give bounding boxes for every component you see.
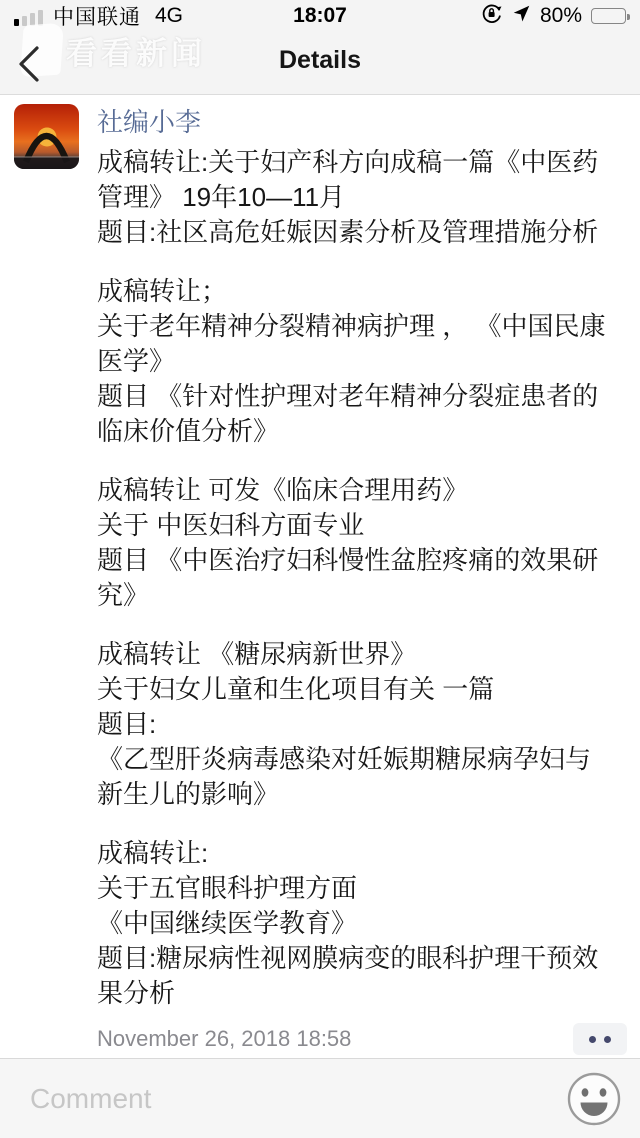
post-column: 社编小李 成稿转让:关于妇产科方向成稿一篇《中医药管理》 19年10—11月题目…: [97, 106, 627, 1055]
post-timestamp: November 26, 2018 18:58: [97, 1026, 351, 1052]
chevron-left-icon: [16, 71, 42, 88]
page-title: Details: [0, 46, 640, 75]
battery-icon: [591, 8, 626, 24]
top-chrome: 中国联通 4G 18:07 80%: [0, 0, 640, 95]
post-body-line: 题目:糖尿病性视网膜病变的眼科护理干预效: [97, 941, 627, 976]
post-body-line: 成稿转让:关于妇产科方向成稿一篇《中医药: [97, 145, 627, 180]
more-actions-button[interactable]: [573, 1023, 627, 1055]
post-body-line: 果分析: [97, 976, 627, 1011]
post-body-line: 管理》 19年10—11月: [97, 180, 627, 215]
post-body-line: 究》: [97, 578, 627, 613]
post-body-line: 《中国继续医学教育》: [97, 906, 627, 941]
emoji-smiley-icon[interactable]: [566, 1071, 622, 1127]
post-body-line: 题目 《针对性护理对老年精神分裂症患者的: [97, 379, 627, 414]
more-dot-icon: [589, 1036, 596, 1043]
post-meta-row: November 26, 2018 18:58: [97, 1023, 627, 1055]
status-time: 18:07: [0, 4, 640, 28]
post-body-line: 关于妇女儿童和生化项目有关 一篇: [97, 672, 627, 707]
more-dot-icon: [604, 1036, 611, 1043]
author-name[interactable]: 社编小李: [97, 106, 627, 138]
post-detail-content: 社编小李 成稿转让:关于妇产科方向成稿一篇《中医药管理》 19年10—11月题目…: [0, 96, 640, 1058]
status-bar: 中国联通 4G 18:07 80%: [0, 0, 640, 32]
post-body-line: 新生儿的影响》: [97, 777, 627, 812]
post-body-line: 《乙型肝炎病毒感染对妊娠期糖尿病孕妇与: [97, 742, 627, 777]
post-body-line: 题目 《中医治疗妇科慢性盆腔疼痛的效果研: [97, 543, 627, 578]
post-body-line: 成稿转让 《糖尿病新世界》: [97, 637, 627, 672]
nav-bar: Details: [0, 32, 640, 94]
post-body-line: 关于老年精神分裂精神病护理 ， 《中国民康: [97, 309, 627, 344]
post-body-line: 关于 中医妇科方面专业: [97, 508, 627, 543]
back-button[interactable]: [16, 44, 52, 84]
moments-detail-screen: 中国联通 4G 18:07 80%: [0, 0, 640, 1138]
post-body-gap: [97, 613, 627, 637]
post-body-line: 成稿转让:: [97, 836, 627, 871]
post-body-gap: [97, 250, 627, 274]
post-body-line: 成稿转让；: [97, 274, 627, 309]
post-body-line: 临床价值分析》: [97, 414, 627, 449]
avatar[interactable]: [14, 104, 79, 169]
post-body-line: 成稿转让 可发《临床合理用药》: [97, 473, 627, 508]
post-body: 成稿转让:关于妇产科方向成稿一篇《中医药管理》 19年10—11月题目:社区高危…: [97, 145, 627, 1011]
post-body-gap: [97, 449, 627, 473]
comment-bar: [0, 1058, 640, 1138]
post-body-line: 题目:社区高危妊娠因素分析及管理措施分析: [97, 215, 627, 250]
comment-input[interactable]: [30, 1083, 566, 1115]
post-body-line: 关于五官眼科护理方面: [97, 871, 627, 906]
post-body-gap: [97, 812, 627, 836]
post-body-line: 题目:: [97, 707, 627, 742]
post-body-line: 医学》: [97, 344, 627, 379]
